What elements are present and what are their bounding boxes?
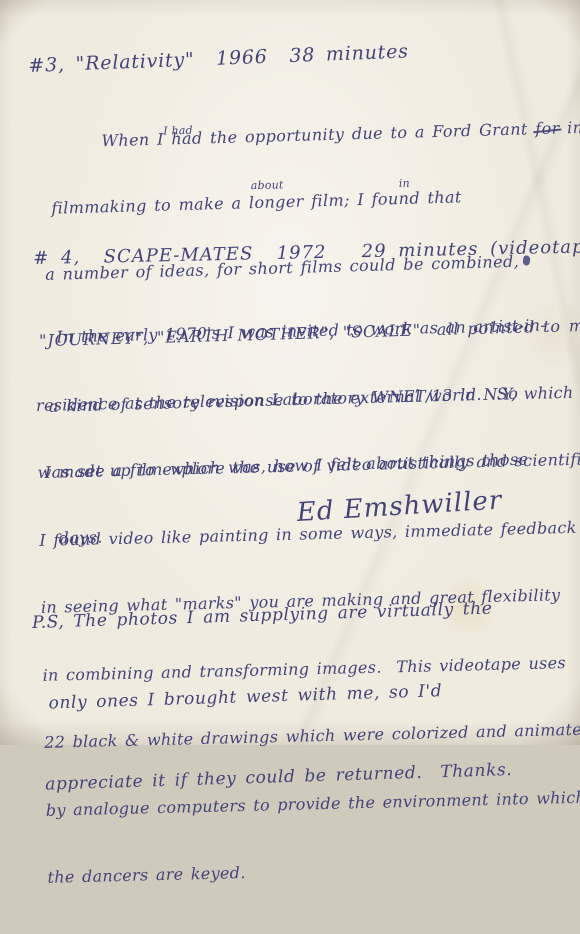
postscript-line: only ones I brought west with me, so I'd (48, 676, 510, 717)
inserted-word: I had (163, 120, 193, 143)
postscript-line: P.S, The photos I am supplying are virtu… (32, 595, 508, 637)
letter-page: #3, "Relativity" 1966 38 minutes When I … (0, 0, 580, 745)
handwritten-line: In the early 1970's I was invited to wor… (56, 313, 580, 349)
handwritten-line: residence at the television Laboratory W… (36, 380, 580, 417)
struck-word: for (535, 118, 560, 141)
line-text: in (567, 118, 580, 137)
handwritten-line: was set up to explore the use of video a… (37, 448, 580, 485)
handwritten-line: filmmaking to make a longer film; I foun… (51, 180, 580, 219)
inserted-word: about (251, 174, 284, 197)
postscript: P.S, The photos I am supplying are virtu… (30, 541, 514, 745)
inserted-word: in (399, 173, 411, 195)
film3-heading: #3, "Relativity" 1966 38 minutes (28, 40, 409, 77)
